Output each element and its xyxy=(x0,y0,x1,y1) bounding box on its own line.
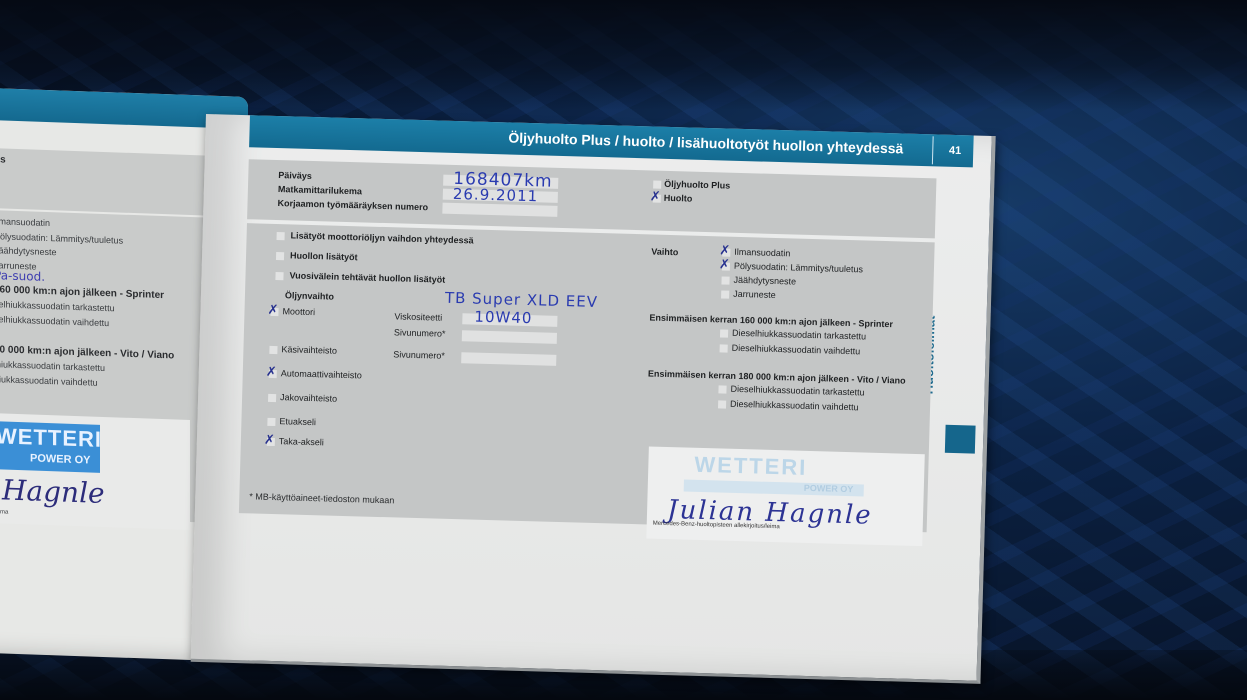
viscosity-label: Viskositeetti xyxy=(394,311,442,322)
stamp-subtext: POWER OY xyxy=(30,452,91,466)
header-divider xyxy=(932,136,934,164)
dealer-stamp: WETTERI POWER OY xyxy=(674,451,865,498)
sprinter-dpf-checked-label: Dieselhiukkassuodatin tarkastettu xyxy=(732,328,866,342)
air-filter-checkbox[interactable] xyxy=(722,248,730,256)
sprinter-dpf-replaced-label: Dieselhiukkassuodatin vaihdettu xyxy=(732,343,861,357)
manual-gearbox-label: Käsivaihteisto xyxy=(281,344,337,356)
left-page-caption: leima xyxy=(0,509,8,516)
page-number: 41 xyxy=(949,145,962,157)
work-order-label: Korjaamon työmääräyksen numero xyxy=(277,198,428,212)
page-number-label-2: Sivunumero* xyxy=(393,349,445,360)
annual-work-label: Vuosivälein tehtävät huollon lisätyöt xyxy=(289,270,445,284)
stamp-subtext: POWER OY xyxy=(804,483,854,494)
service-checkbox[interactable] xyxy=(653,195,661,203)
viscosity-handwritten: 10W40 xyxy=(474,308,532,328)
stamp-text: WETTERI xyxy=(694,452,808,481)
page-title: Öljyhuolto Plus / huolto / lisähuoltotyö… xyxy=(508,129,903,156)
pollen-filter-checkbox[interactable] xyxy=(722,262,730,270)
left-page-stamp-area: WETTERI POWER OY Hagnle leima xyxy=(0,413,190,530)
vito-dpf-checked-checkbox[interactable] xyxy=(718,385,726,393)
oil-service-plus-checkbox[interactable] xyxy=(653,181,661,189)
vito-dpf-checked-label: Dieselhiukkassuodatin tarkastettu xyxy=(730,384,864,398)
brake-fluid-label: Jarruneste xyxy=(733,289,776,300)
oil-change-heading: Öljynvaihto xyxy=(285,290,334,301)
page-number-field-1[interactable] xyxy=(462,330,557,344)
engine-checkbox[interactable] xyxy=(270,308,278,316)
right-page: Öljyhuolto Plus / huolto / lisähuoltotyö… xyxy=(191,114,996,684)
left-page-text: us xyxy=(0,154,6,165)
odometer-label: Matkamittarilukema xyxy=(278,184,362,196)
vito-dpf-replaced-label: Dieselhiukkassuodatin vaihdettu xyxy=(730,399,859,413)
manual-gearbox-checkbox[interactable] xyxy=(269,346,277,354)
transfer-case-label: Jakovaihteisto xyxy=(280,392,337,404)
rear-axle-checkbox[interactable] xyxy=(267,438,275,446)
air-filter-label: Ilmansuodatin xyxy=(734,247,790,259)
oil-type-handwritten: TB Super XLD EEV xyxy=(445,289,599,311)
vito-heading: Ensimmäisen kerran 180 000 km:n ajon jäl… xyxy=(648,368,906,385)
replace-heading: Vaihto xyxy=(651,246,678,257)
front-axle-label: Etuakseli xyxy=(279,416,316,427)
extra-work-service-checkbox[interactable] xyxy=(276,252,284,260)
page-number-label-1: Sivunumero* xyxy=(394,327,446,338)
sprinter-heading: Ensimmäisen kerran 160 000 km:n ajon jäl… xyxy=(649,312,893,329)
coolant-checkbox[interactable] xyxy=(721,276,729,284)
sprinter-dpf-replaced-checkbox[interactable] xyxy=(720,344,728,352)
left-page-top-panel xyxy=(0,148,215,216)
vito-dpf-replaced-checkbox[interactable] xyxy=(718,400,726,408)
brake-fluid-checkbox[interactable] xyxy=(721,290,729,298)
rear-axle-label: Taka-akseli xyxy=(279,436,324,447)
left-page-signature: Hagnle xyxy=(2,473,105,510)
pollen-filter-label: Pölysuodatin: Lämmitys/tuuletus xyxy=(734,261,863,275)
left-page-text: Jäähdytysneste xyxy=(0,245,57,257)
coolant-label: Jäähdytysneste xyxy=(733,275,796,287)
left-page-stamp: WETTERI POWER OY xyxy=(0,421,100,473)
annual-work-checkbox[interactable] xyxy=(275,272,283,280)
left-page-handwritten-note: Pa-suod. xyxy=(0,268,45,284)
left-page-text: Ilmansuodatin xyxy=(0,216,50,228)
engine-label: Moottori xyxy=(282,306,315,317)
side-tab-marker xyxy=(945,425,976,454)
automatic-gearbox-label: Automaattivaihteisto xyxy=(281,368,362,380)
transfer-case-checkbox[interactable] xyxy=(268,394,276,402)
date-handwritten: 26.9.2011 xyxy=(453,185,539,205)
page-number-field-2[interactable] xyxy=(461,352,556,366)
automatic-gearbox-checkbox[interactable] xyxy=(269,370,277,378)
extra-work-oil-checkbox[interactable] xyxy=(277,232,285,240)
service-label: Huolto xyxy=(664,193,693,204)
extra-work-oil-label: Lisätyöt moottoriöljyn vaihdon yhteydess… xyxy=(291,230,474,245)
date-label: Päiväys xyxy=(278,170,312,181)
extra-work-service-label: Huollon lisätyöt xyxy=(290,250,358,262)
sprinter-dpf-checked-checkbox[interactable] xyxy=(720,329,728,337)
carpet-shadow-top xyxy=(0,0,1247,110)
stamp-text: WETTERI xyxy=(0,423,102,453)
oil-service-plus-label: Öljyhuolto Plus xyxy=(664,179,730,191)
work-order-field[interactable] xyxy=(442,203,557,217)
front-axle-checkbox[interactable] xyxy=(267,418,275,426)
signature-box[interactable]: WETTERI POWER OY Julian Hagnle Mercedes-… xyxy=(646,446,924,546)
